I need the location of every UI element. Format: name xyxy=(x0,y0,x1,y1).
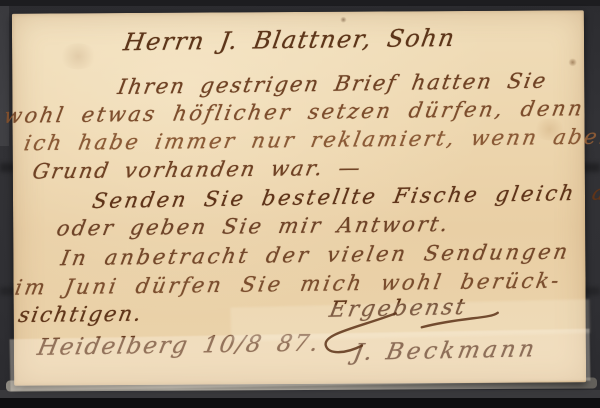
recipient-line: Herrn J. Blattner, Sohn xyxy=(122,26,457,54)
body-line: oder geben Sie mir Antwort. xyxy=(55,214,452,239)
body-line: wohl etwas höflicher setzen dürfen, denn xyxy=(2,98,586,127)
body-line: im Juni dürfen Sie mich wohl berück- xyxy=(13,270,563,298)
photo-background: Herrn J. Blattner, Sohn Ihren gestrigen … xyxy=(0,0,600,408)
paper-stain xyxy=(340,17,347,23)
signature-flourish xyxy=(312,311,502,364)
postcard: Herrn J. Blattner, Sohn Ihren gestrigen … xyxy=(12,10,586,385)
paper-stain xyxy=(58,43,98,69)
body-line: Senden Sie bestellte Fische gleich ab xyxy=(91,182,600,212)
body-line: Grund vorhanden war. — xyxy=(31,158,364,183)
paper-stain xyxy=(568,58,577,66)
sleeve-reflection-band xyxy=(10,329,591,392)
background-black-band xyxy=(0,398,600,408)
background-top-band xyxy=(0,0,600,6)
body-line: In anbetracht der vielen Sendungen xyxy=(59,242,572,270)
body-line: sichtigen. xyxy=(17,304,145,326)
body-line: ich habe immer nur reklamiert, wenn aber xyxy=(22,127,600,155)
body-line: Ihren gestrigen Brief hatten Sie xyxy=(116,71,549,98)
